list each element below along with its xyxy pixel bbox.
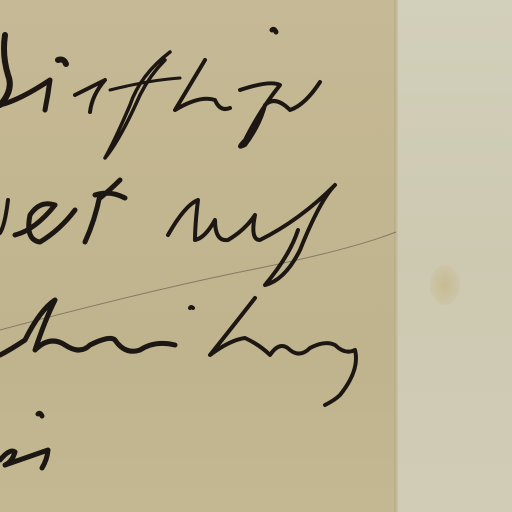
handwriting-line-2	[0, 180, 335, 285]
handwriting	[0, 0, 396, 512]
handwriting-line-1	[0, 29, 320, 158]
handwriting-line-4	[0, 413, 48, 468]
handwriting-line-3	[0, 298, 356, 405]
